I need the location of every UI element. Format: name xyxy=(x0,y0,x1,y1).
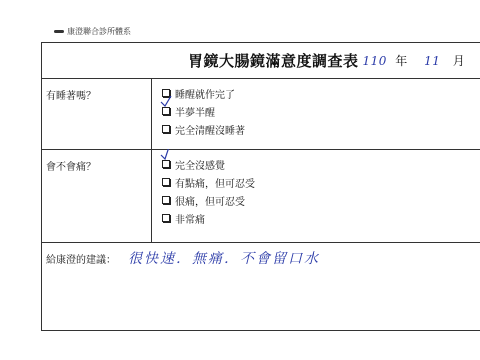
checkmark-icon xyxy=(160,149,172,163)
clinic-logo-icon xyxy=(54,30,64,33)
option-checkbox[interactable]: 非常痛 xyxy=(162,209,255,227)
option-checkbox[interactable]: 睡醒就作完了 xyxy=(162,84,245,102)
clinic-name: 康澄聯合診所體系 xyxy=(67,27,131,36)
option-label: 半夢半醒 xyxy=(175,104,215,119)
option-label: 很痛，但可忍受 xyxy=(175,193,245,208)
year-label: 年 xyxy=(395,54,408,68)
option-checkbox[interactable]: 很痛，但可忍受 xyxy=(162,191,255,209)
options-list: 完全沒感覺 有點痛，但可忍受 很痛，但可忍受 非常痛 xyxy=(152,150,255,242)
checkbox-icon[interactable] xyxy=(162,178,170,186)
checkbox-icon[interactable] xyxy=(162,214,170,222)
checkbox-icon[interactable] xyxy=(162,125,170,133)
checkbox-icon[interactable] xyxy=(162,196,170,204)
date-month[interactable]: 11 xyxy=(424,54,440,68)
question-row-pain: 會不會痛？ 完全沒感覺 有點痛，但可忍受 很痛，但可忍受 非常痛 xyxy=(42,150,480,243)
option-checkbox-checked[interactable]: 半夢半醒 xyxy=(162,102,245,120)
option-checkbox[interactable]: 有點痛，但可忍受 xyxy=(162,173,255,191)
checkmark-icon xyxy=(160,96,172,110)
month-label: 月 xyxy=(453,54,466,68)
suggestion-text[interactable]: 很快速．無痛．不會留口水 xyxy=(128,248,320,268)
survey-form: 胃鏡大腸鏡滿意度調查表 110 年 11 月 2 有睡著嗎？ 睡醒就作完了 半夢… xyxy=(41,42,480,331)
question-label: 有睡著嗎？ xyxy=(42,79,152,149)
option-checkbox-checked[interactable]: 完全沒感覺 xyxy=(162,155,255,173)
suggestion-row: 給康澄的建議： 很快速．無痛．不會留口水 xyxy=(42,243,480,331)
option-checkbox[interactable]: 完全清醒沒睡著 xyxy=(162,120,245,138)
form-date: 110 年 11 月 2 xyxy=(363,52,480,69)
form-title: 胃鏡大腸鏡滿意度調查表 xyxy=(188,50,359,71)
option-label: 完全清醒沒睡著 xyxy=(175,122,245,137)
question-row-sleep: 有睡著嗎？ 睡醒就作完了 半夢半醒 完全清醒沒睡著 xyxy=(42,79,480,150)
option-label: 完全沒感覺 xyxy=(175,157,225,172)
suggestion-label: 給康澄的建議： xyxy=(46,251,116,266)
option-label: 非常痛 xyxy=(175,211,205,226)
option-label: 有點痛，但可忍受 xyxy=(175,175,255,190)
clinic-header: 康澄聯合診所體系 xyxy=(54,26,131,37)
options-list: 睡醒就作完了 半夢半醒 完全清醒沒睡著 xyxy=(152,79,245,149)
form-title-row: 胃鏡大腸鏡滿意度調查表 110 年 11 月 2 xyxy=(42,43,480,79)
option-label: 睡醒就作完了 xyxy=(175,86,235,101)
question-label: 會不會痛？ xyxy=(42,150,152,242)
date-year[interactable]: 110 xyxy=(363,54,387,68)
